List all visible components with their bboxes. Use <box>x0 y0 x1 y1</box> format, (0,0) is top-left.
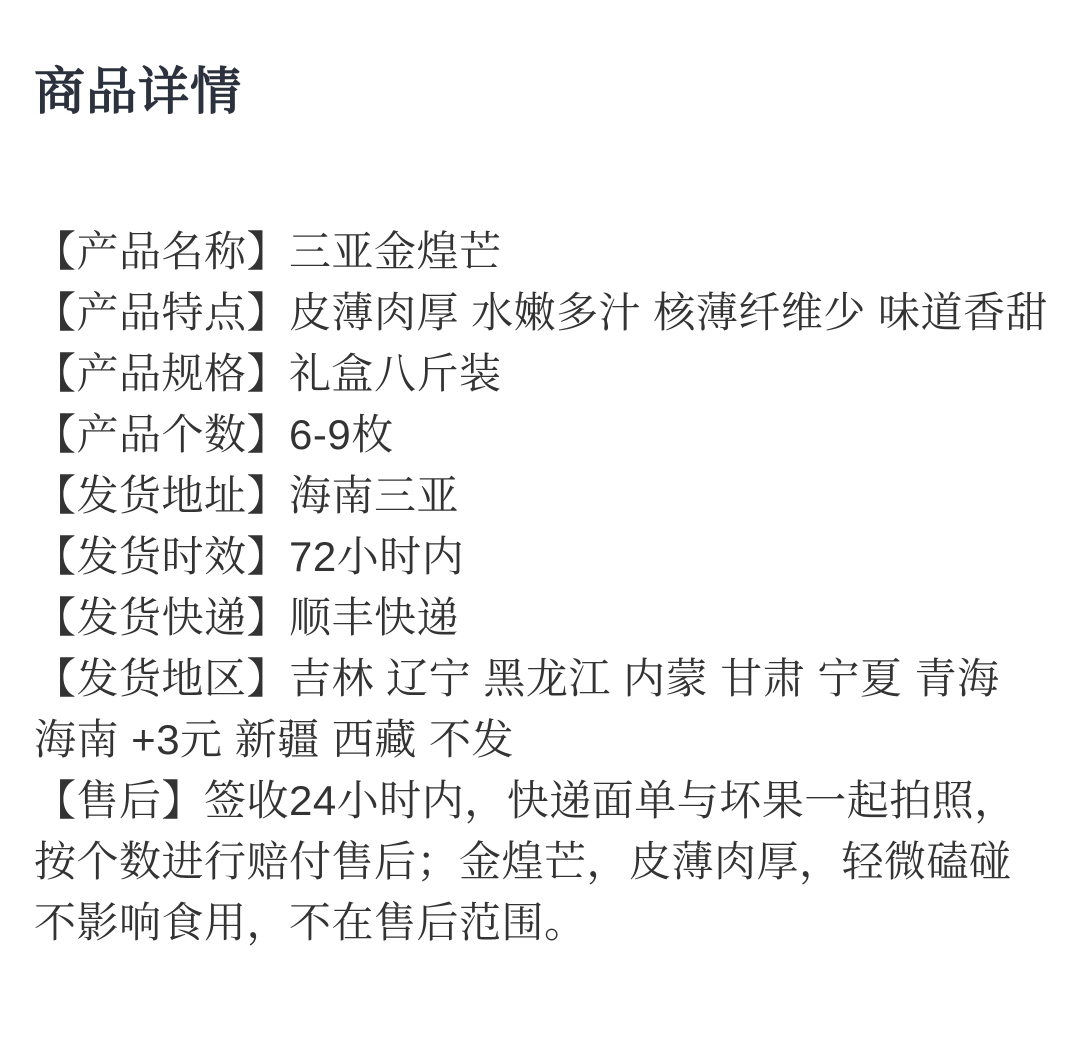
detail-value: 礼盒八斤装 <box>289 350 502 397</box>
page-title: 商品详情 <box>34 0 1050 126</box>
detail-row-ship-address: 【发货地址】海南三亚 <box>34 465 1050 526</box>
detail-label: 【产品个数】 <box>34 411 289 458</box>
detail-label: 【发货地址】 <box>34 472 289 519</box>
detail-value: 皮薄肉厚 水嫩多汁 核薄纤维少 味道香甜 <box>289 289 1048 336</box>
detail-value: 三亚金煌芒 <box>289 228 502 275</box>
detail-label: 【产品规格】 <box>34 350 289 397</box>
detail-label: 【产品特点】 <box>34 289 289 336</box>
detail-label: 【发货快递】 <box>34 594 289 641</box>
detail-value: 顺丰快递 <box>289 594 459 641</box>
detail-row-ship-courier: 【发货快递】顺丰快递 <box>34 587 1050 648</box>
detail-row-product-features: 【产品特点】皮薄肉厚 水嫩多汁 核薄纤维少 味道香甜 <box>34 282 1050 343</box>
product-details-list: 【产品名称】三亚金煌芒 【产品特点】皮薄肉厚 水嫩多汁 核薄纤维少 味道香甜 【… <box>34 221 1050 953</box>
detail-row-product-spec: 【产品规格】礼盒八斤装 <box>34 343 1050 404</box>
detail-row-product-name: 【产品名称】三亚金煌芒 <box>34 221 1050 282</box>
detail-row-after-sales: 【售后】签收24小时内，快递面单与坏果一起拍照，按个数进行赔付售后；金煌芒，皮薄… <box>34 770 1050 953</box>
detail-row-ship-regions: 【发货地区】吉林 辽宁 黑龙江 内蒙 甘肃 宁夏 青海 海南 +3元 新疆 西藏… <box>34 648 1050 770</box>
detail-value: 72小时内 <box>289 533 464 580</box>
detail-label: 【售后】 <box>34 777 204 824</box>
detail-value: 6-9枚 <box>289 411 394 458</box>
detail-value: 海南三亚 <box>289 472 459 519</box>
detail-label: 【发货地区】 <box>34 655 289 702</box>
detail-row-ship-time: 【发货时效】72小时内 <box>34 526 1050 587</box>
detail-row-product-count: 【产品个数】6-9枚 <box>34 404 1050 465</box>
detail-label: 【发货时效】 <box>34 533 289 580</box>
product-detail-page: 商品详情 【产品名称】三亚金煌芒 【产品特点】皮薄肉厚 水嫩多汁 核薄纤维少 味… <box>0 0 1080 1062</box>
detail-label: 【产品名称】 <box>34 228 289 275</box>
